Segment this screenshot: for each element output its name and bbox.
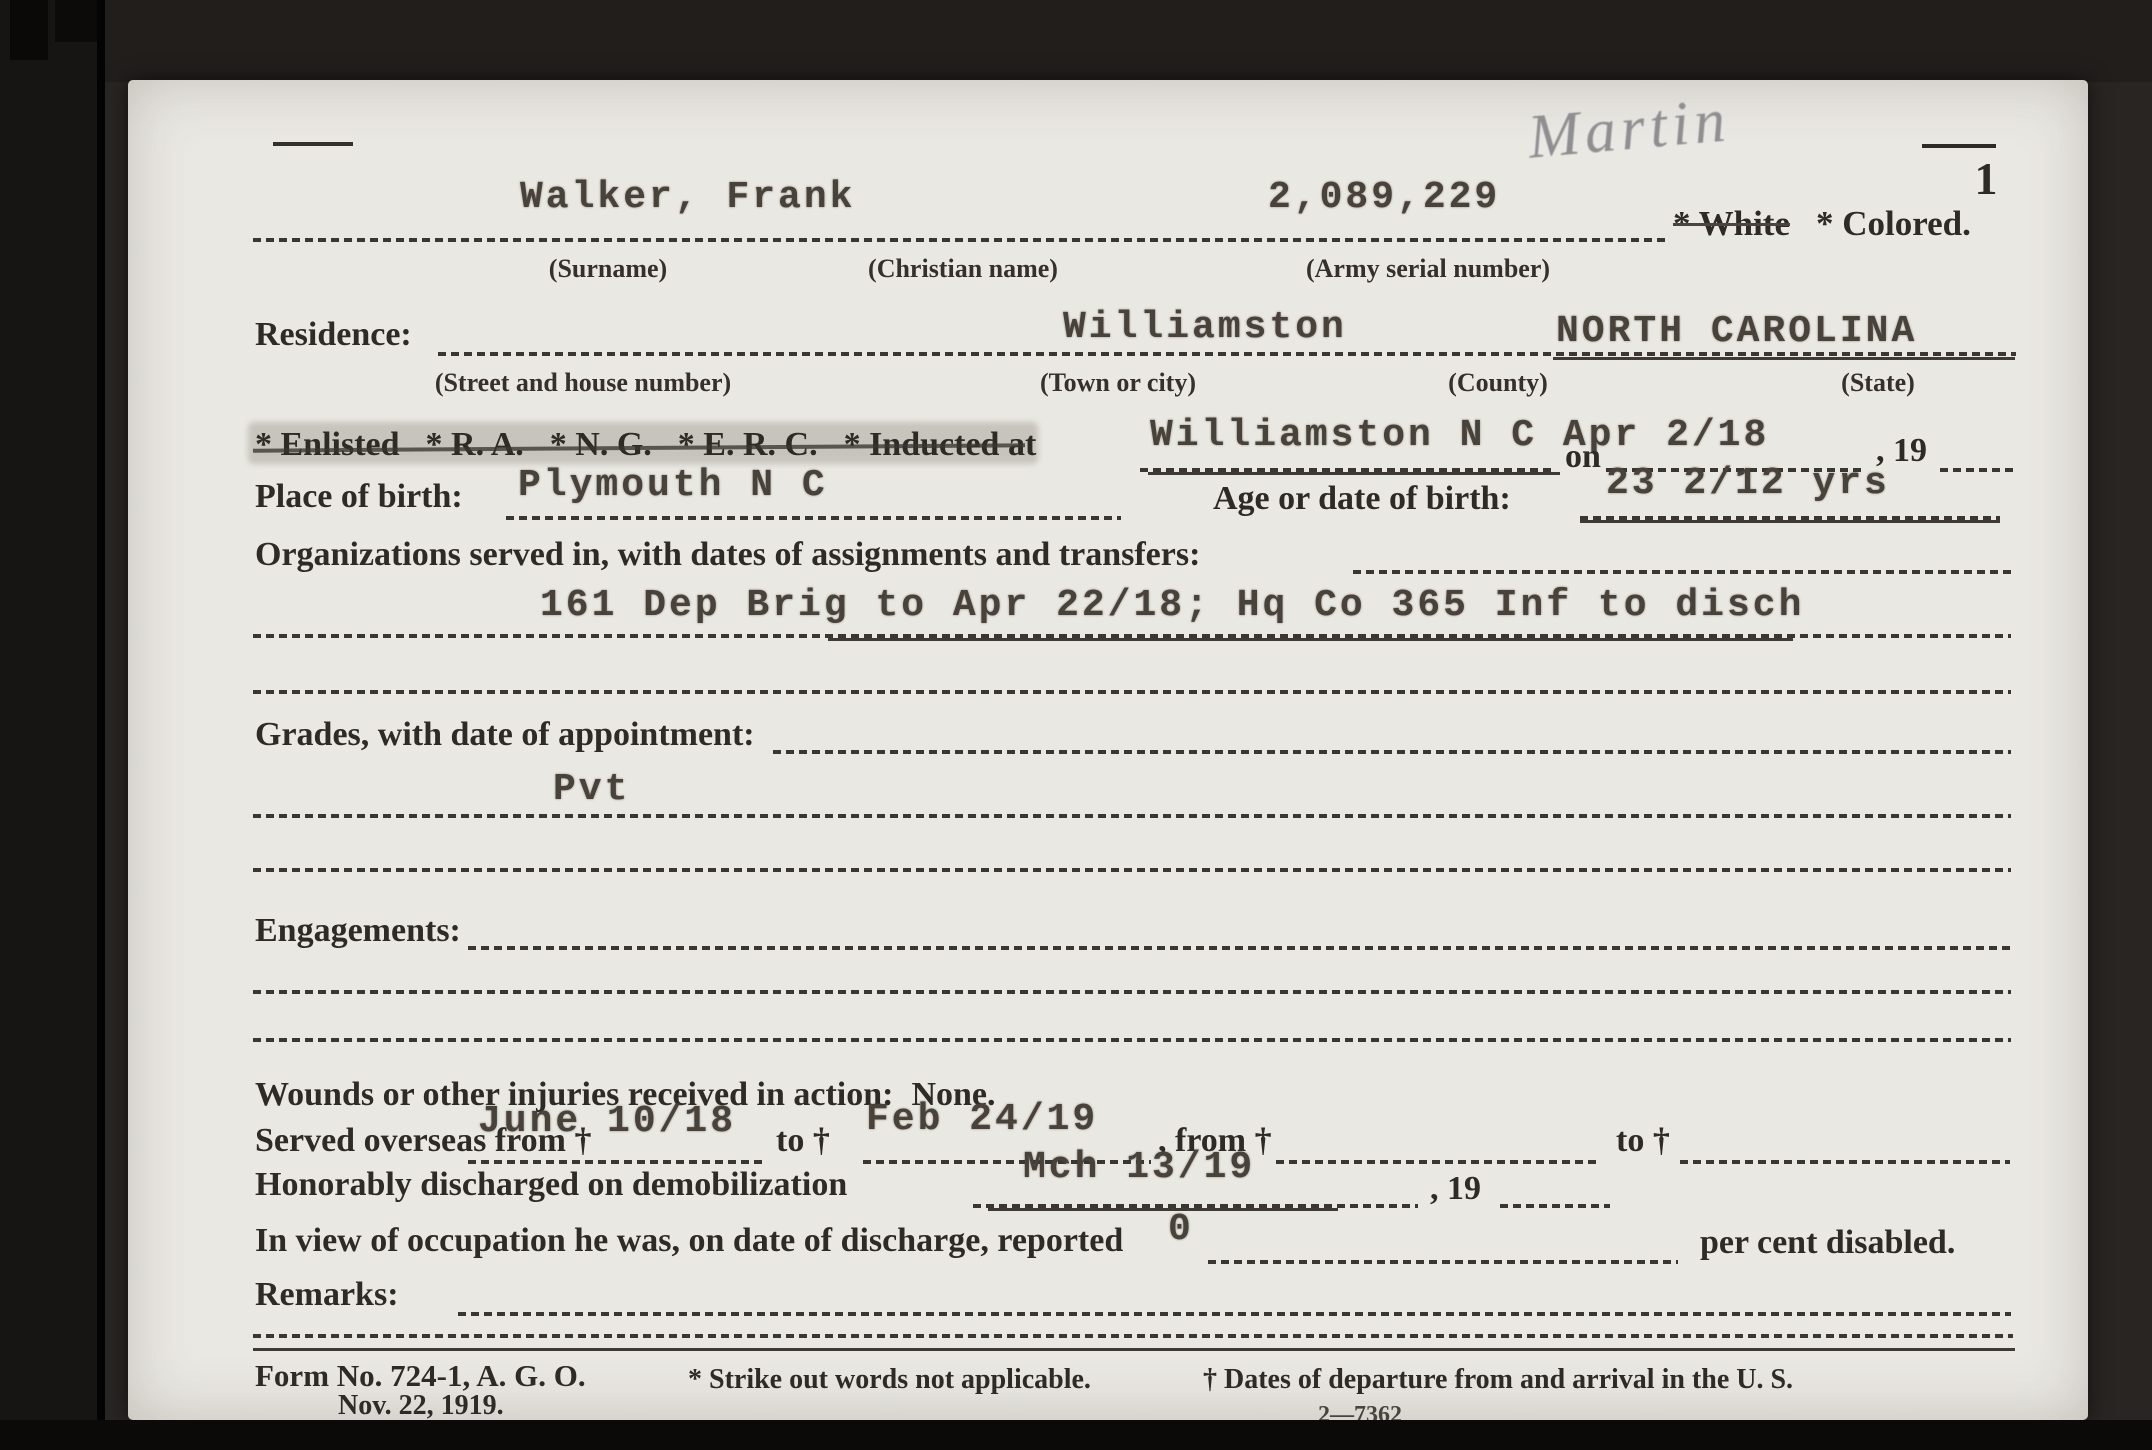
label-on: on <box>1565 438 1601 476</box>
organizations-label: Organizations served in, with dates of a… <box>255 536 1200 574</box>
dotted-line <box>1500 1204 1610 1208</box>
overseas-from-date: June 10/18 <box>478 1100 736 1143</box>
age-value: 23 2/12 yrs <box>1606 462 1890 505</box>
film-notch <box>10 0 48 60</box>
residence-town-value: Williamston <box>1063 306 1347 349</box>
typed-underscore-line <box>1553 357 2015 360</box>
dotted-line <box>253 868 2011 872</box>
form-number: Form No. 724-1, A. G. O. <box>255 1358 586 1394</box>
label-army-serial: (Army serial number) <box>1228 254 1628 284</box>
dotted-rule <box>253 1334 2013 1338</box>
discharge-date-value: Mch 13/19 <box>1023 1146 1255 1189</box>
dotted-line <box>253 814 2011 818</box>
organizations-value: 161 Dep Brig to Apr 22/18; Hq Co 365 Inf… <box>540 584 1804 627</box>
film-notch <box>55 0 97 42</box>
typed-underscore-line <box>828 638 1793 641</box>
label-christian-name: (Christian name) <box>763 254 1163 284</box>
microfilm-frame: Martin 1 Walker, Frank 2,089,229 * White… <box>0 0 2152 1450</box>
dotted-line <box>458 1312 2011 1316</box>
dotted-line <box>468 946 2011 950</box>
film-edge-strip <box>0 0 97 1450</box>
residence-label: Residence: <box>255 316 412 354</box>
serial-value: 2,089,229 <box>1268 176 1500 219</box>
dotted-line <box>1353 570 2011 574</box>
dagger-note: † Dates of departure from and arrival in… <box>1203 1364 1793 1396</box>
label-street: (Street and house number) <box>383 368 783 398</box>
label-surname: (Surname) <box>408 254 808 284</box>
dotted-line <box>253 238 1668 242</box>
inducted-place-date-value: Williamston N C Apr 2/18 <box>1150 414 1769 457</box>
dotted-line <box>506 516 1121 520</box>
dotted-line <box>1680 1160 2010 1164</box>
label-ra: * R. A. <box>426 426 524 463</box>
age-label: Age or date of birth: <box>1213 480 1511 518</box>
place-of-birth-value: Plymouth N C <box>518 464 828 507</box>
race-colored: * Colored. <box>1816 204 1971 243</box>
dotted-line <box>253 1038 2011 1042</box>
print-code: 2—7362 <box>1318 1402 1402 1420</box>
overseas-to-date: Feb 24/19 <box>866 1098 1098 1141</box>
typed-underscore-line <box>1580 520 2000 523</box>
form-date: Nov. 22, 1919. <box>338 1390 504 1420</box>
dotted-line <box>1208 1260 1678 1264</box>
label-town: (Town or city) <box>918 368 1318 398</box>
page-number: 1 <box>1966 152 2006 205</box>
strike-note: * Strike out words not applicable. <box>688 1364 1091 1396</box>
grades-label: Grades, with date of appointment: <box>255 716 755 754</box>
film-top-band <box>97 0 2152 82</box>
solid-rule <box>253 1348 2015 1351</box>
label-enlisted: * Enlisted <box>255 426 400 463</box>
race-options: * White* Colored. <box>1673 204 1971 244</box>
dotted-line <box>253 990 2011 994</box>
label-county: (County) <box>1298 368 1698 398</box>
discharge-label: Honorably discharged on demobilization <box>255 1166 847 1204</box>
dotted-line <box>253 690 2011 694</box>
overseas-to-label: to † <box>776 1122 830 1160</box>
film-bottom-band <box>0 1420 2152 1450</box>
place-of-birth-label: Place of birth: <box>255 478 463 516</box>
label-state: (State) <box>1678 368 2078 398</box>
overseas-to2-label: to † <box>1616 1122 1670 1160</box>
discharge-19-label: , 19 <box>1430 1170 1481 1208</box>
dotted-line <box>468 1160 766 1164</box>
name-value: Walker, Frank <box>520 176 855 219</box>
dotted-line <box>438 352 2016 356</box>
typed-underscore-line <box>988 1208 1338 1211</box>
film-edge-line <box>97 0 105 1450</box>
dotted-line <box>773 750 2011 754</box>
grade-value: Pvt <box>553 768 630 811</box>
typed-underscore-line <box>1148 472 1560 475</box>
remarks-label: Remarks: <box>255 1276 399 1314</box>
label-ng: * N. G. <box>550 426 652 463</box>
dotted-line <box>1940 468 2016 472</box>
engagements-label: Engagements: <box>255 912 461 950</box>
race-white-struck: * White <box>1673 204 1790 243</box>
service-record-card: Martin 1 Walker, Frank 2,089,229 * White… <box>128 80 2088 1420</box>
dash-mark <box>273 142 353 146</box>
page-number-rule <box>1922 144 1996 148</box>
disability-label: In view of occupation he was, on date of… <box>255 1222 1123 1260</box>
disability-suffix-label: per cent disabled. <box>1700 1224 1955 1262</box>
residence-state-value: NORTH CAROLINA <box>1556 310 1917 353</box>
disability-percent-value: 0 <box>1168 1208 1194 1251</box>
dotted-line <box>1276 1160 1598 1164</box>
county-pencil-annotation: Martin <box>1525 85 1733 173</box>
